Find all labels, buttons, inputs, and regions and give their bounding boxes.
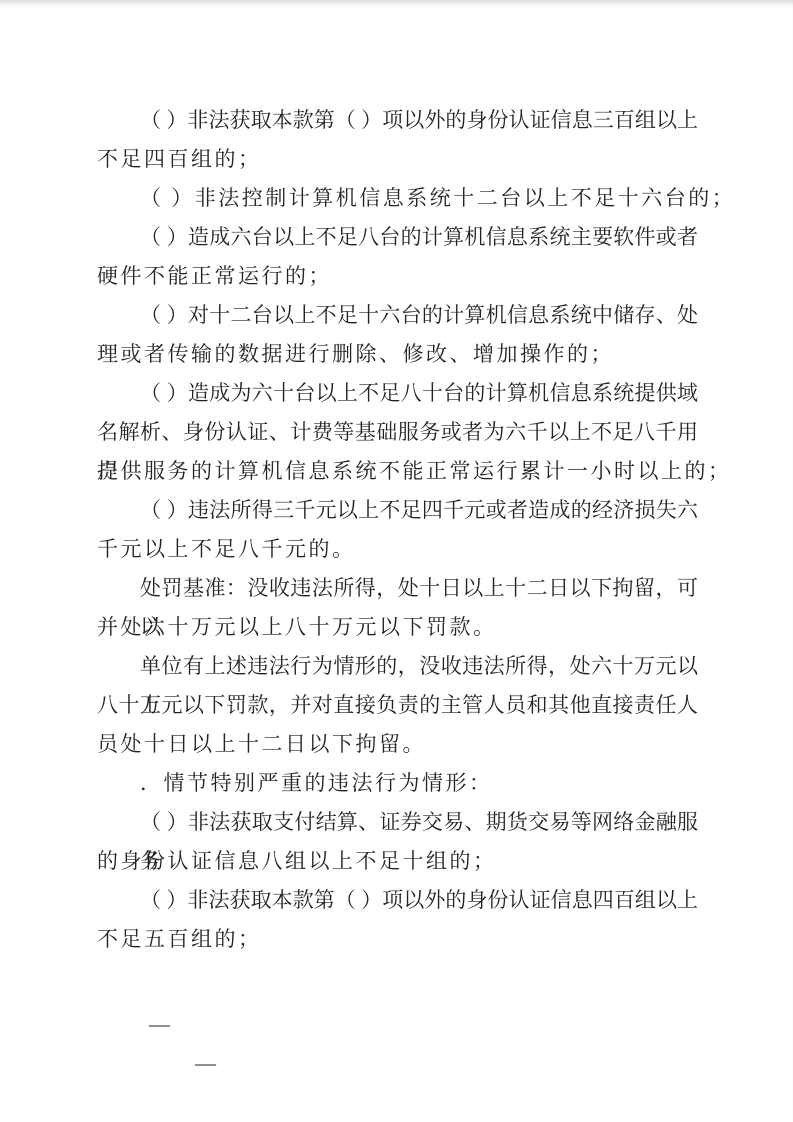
text-line: （ ）违法所得三千元以上不足四千元或者造成的经济损失六 xyxy=(97,491,698,530)
page-footer: — — xyxy=(128,966,216,1005)
text-line: 员处十日以上十二日以下拘留。 xyxy=(97,725,698,764)
text-line: 单位有上述违法行为情形的，没收违法所得，处六十万元以上 xyxy=(97,647,698,686)
text-line: （ ）非法获取本款第（ ）项以外的身份认证信息三百组以上 xyxy=(97,101,698,140)
scanned-document-page: （ ）非法获取本款第（ ）项以外的身份认证信息三百组以上不足四百组的；（ ）非法… xyxy=(0,0,793,1122)
text-line: 不足四百组的； xyxy=(97,140,698,179)
text-line: 千元以上不足八千元的。 xyxy=(97,530,698,569)
document-text-block: （ ）非法获取本款第（ ）项以外的身份认证信息三百组以上不足四百组的；（ ）非法… xyxy=(97,101,698,959)
text-line: 八十万元以下罚款，并对直接负责的主管人员和其他直接责任人 xyxy=(97,686,698,725)
text-line: ．情节特别严重的违法行为情形： xyxy=(97,764,698,803)
text-line: 并处六十万元以上八十万元以下罚款。 xyxy=(97,608,698,647)
text-line: 处罚基准：没收违法所得，处十日以上十二日以下拘留，可以 xyxy=(97,569,698,608)
text-line: （ ）造成为六十台以上不足八十台的计算机信息系统提供域 xyxy=(97,374,698,413)
text-line: 硬件不能正常运行的； xyxy=(97,257,698,296)
text-line: （ ）非法获取支付结算、证券交易、期货交易等网络金融服务 xyxy=(97,803,698,842)
text-line: （ ）对十二台以上不足十六台的计算机信息系统中储存、处 xyxy=(97,296,698,335)
text-line: 理或者传输的数据进行删除、修改、增加操作的； xyxy=(97,335,698,374)
footer-page-dash-right: — xyxy=(195,1044,216,1083)
text-line: 提供服务的计算机信息系统不能正常运行累计一小时以上的； xyxy=(97,452,698,491)
footer-page-dash-left: — xyxy=(149,1005,170,1044)
text-line: 名解析、身份认证、计费等基础服务或者为六千以上不足八千用户 xyxy=(97,413,698,452)
text-line: （ ）非法获取本款第（ ）项以外的身份认证信息四百组以上 xyxy=(97,881,698,920)
text-line: 不足五百组的； xyxy=(97,920,698,959)
text-line: （ ）非法控制计算机信息系统十二台以上不足十六台的； xyxy=(97,179,698,218)
text-line: 的身份认证信息八组以上不足十组的； xyxy=(97,842,698,881)
text-line: （ ）造成六台以上不足八台的计算机信息系统主要软件或者 xyxy=(97,218,698,257)
